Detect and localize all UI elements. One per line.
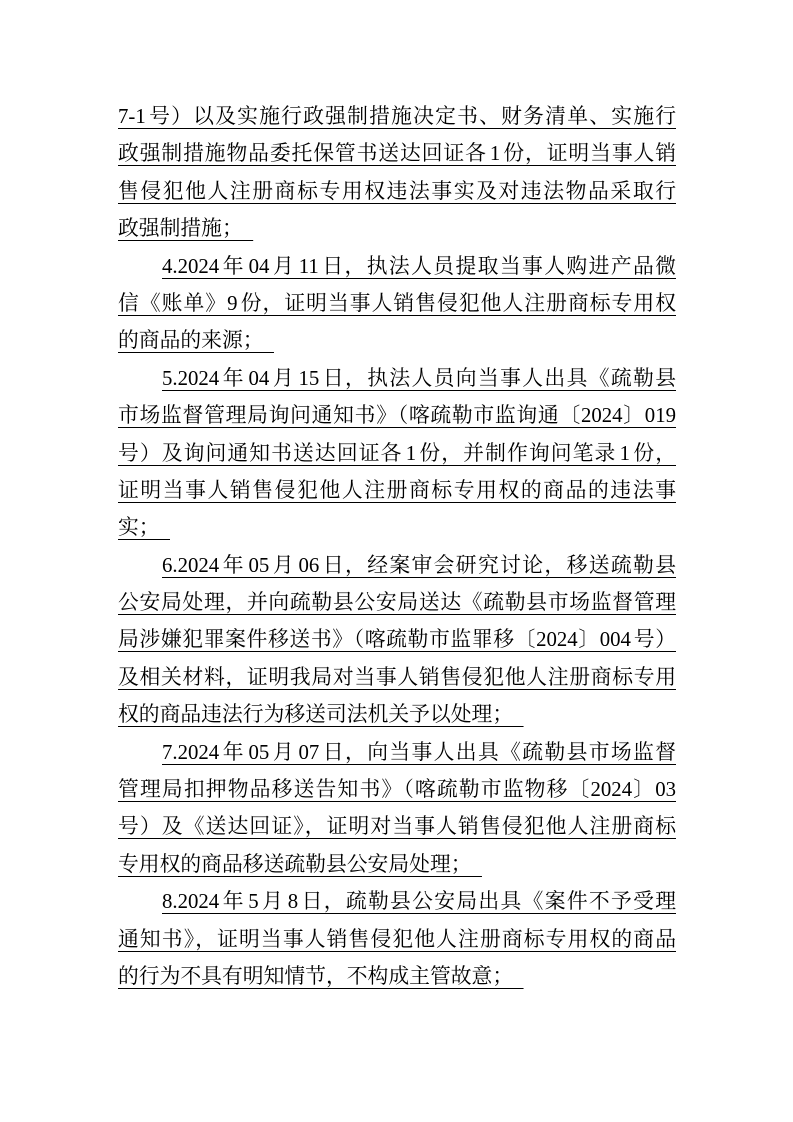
text-line: 公安局处理，并向疏勒县公安局送达《疏勒县市场监督管理 <box>118 584 676 621</box>
text-line: 6.2024 年 05 月 06 日，经案审会研究讨论，移送疏勒县 <box>118 547 676 584</box>
paragraph-item-8: 8.2024 年 5 月 8 日，疏勒县公安局出具《案件不予受理 通知书》，证明… <box>118 883 676 995</box>
text-line: 通知书》，证明当事人销售侵犯他人注册商标专用权的商品 <box>118 921 676 958</box>
text-line: 权的商品违法行为移送司法机关予以处理； <box>118 696 676 733</box>
document-page: 7-1 号）以及实施行政强制措施决定书、财务清单、实施行 政强制措施物品委托保管… <box>0 0 793 1122</box>
text-line: 实； <box>118 509 676 546</box>
text-line: 售侵犯他人注册商标专用权违法事实及对违法物品采取行 <box>118 173 676 210</box>
text-line: 信《账单》9 份，证明当事人销售侵犯他人注册商标专用权 <box>118 285 676 322</box>
text-line: 8.2024 年 5 月 8 日，疏勒县公安局出具《案件不予受理 <box>118 883 676 920</box>
paragraph-item-5: 5.2024 年 04 月 15 日，执法人员向当事人出具《疏勒县 市场监督管理… <box>118 360 676 547</box>
text-line: 证明当事人销售侵犯他人注册商标专用权的商品的违法事 <box>118 472 676 509</box>
paragraph-item-4: 4.2024 年 04 月 11 日，执法人员提取当事人购进产品微 信《账单》9… <box>118 248 676 360</box>
text-line: 管理局扣押物品移送告知书》（喀疏勒市监物移〔2024〕03 <box>118 771 676 808</box>
text-line: 5.2024 年 04 月 15 日，执法人员向当事人出具《疏勒县 <box>118 360 676 397</box>
document-body: 7-1 号）以及实施行政强制措施决定书、财务清单、实施行 政强制措施物品委托保管… <box>118 98 676 995</box>
text-line: 的行为不具有明知情节，不构成主管故意； <box>118 958 676 995</box>
paragraph-item-7: 7.2024 年 05 月 07 日，向当事人出具《疏勒县市场监督 管理局扣押物… <box>118 734 676 884</box>
text-line: 专用权的商品移送疏勒县公安局处理； <box>118 846 676 883</box>
text-line: 4.2024 年 04 月 11 日，执法人员提取当事人购进产品微 <box>118 248 676 285</box>
text-line: 的商品的来源； <box>118 322 676 359</box>
text-line: 市场监督管理局询问通知书》（喀疏勒市监询通〔2024〕019 <box>118 397 676 434</box>
text-line: 政强制措施； <box>118 210 676 247</box>
paragraph-item-6: 6.2024 年 05 月 06 日，经案审会研究讨论，移送疏勒县 公安局处理，… <box>118 547 676 734</box>
text-line: 号）及《送达回证》，证明对当事人销售侵犯他人注册商标 <box>118 808 676 845</box>
text-line: 局涉嫌犯罪案件移送书》（喀疏勒市监罪移〔2024〕004 号） <box>118 621 676 658</box>
text-line: 政强制措施物品委托保管书送达回证各 1 份，证明当事人销 <box>118 135 676 172</box>
text-line: 及相关材料，证明我局对当事人销售侵犯他人注册商标专用 <box>118 659 676 696</box>
paragraph-continuation: 7-1 号）以及实施行政强制措施决定书、财务清单、实施行 政强制措施物品委托保管… <box>118 98 676 248</box>
text-line: 7.2024 年 05 月 07 日，向当事人出具《疏勒县市场监督 <box>118 734 676 771</box>
text-line: 号）及询问通知书送达回证各 1 份，并制作询问笔录 1 份， <box>118 435 676 472</box>
text-line: 7-1 号）以及实施行政强制措施决定书、财务清单、实施行 <box>118 98 676 135</box>
